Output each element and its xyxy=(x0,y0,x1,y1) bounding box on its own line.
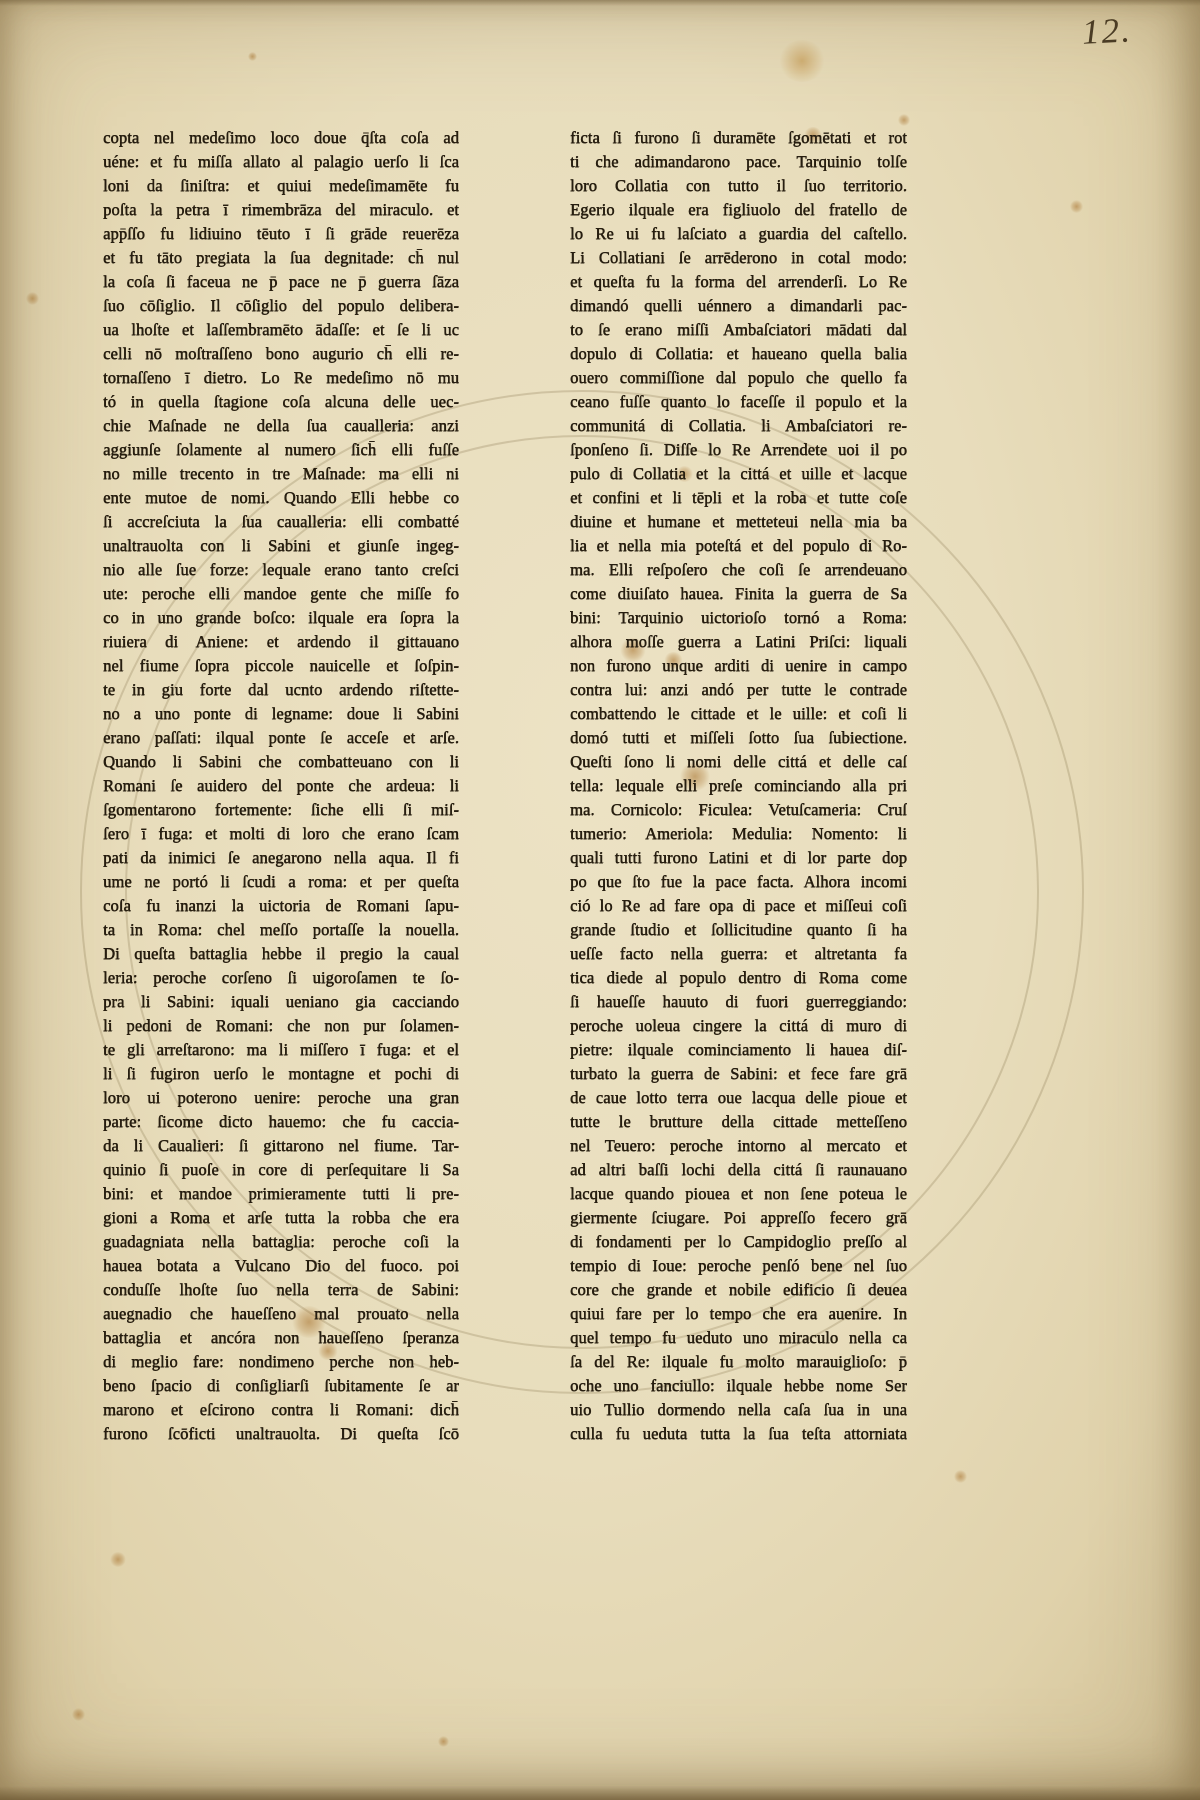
text-line: contra lui: anzi andó per tutte le contr… xyxy=(570,678,907,702)
text-line: domó tutti et miſſeli ſotto ſua ſubiecti… xyxy=(570,726,907,750)
text-line: auegnadio che haueſſeno mal prouato nell… xyxy=(103,1302,459,1326)
text-line: celli nō moſtraſſeno bono augurio ch̄ el… xyxy=(103,342,459,366)
foxing-spot xyxy=(248,52,257,61)
text-line: nel Teuero: peroche intorno al mercato e… xyxy=(570,1134,907,1158)
text-line: ceano fuſſe quanto lo faceſſe il populo … xyxy=(570,390,907,414)
text-line: ſponſeno ſi. Diſſe lo Re Arrendete uoi i… xyxy=(570,438,907,462)
text-line: ti che adimandarono pace. Tarquinio tolſ… xyxy=(570,150,907,174)
text-line: nio alle ſue forze: lequale erano tanto … xyxy=(103,558,459,582)
text-line: non furono unque arditi di uenire in cam… xyxy=(570,654,907,678)
text-line: loro Collatia con tutto il ſuo territori… xyxy=(570,174,907,198)
foxing-spot xyxy=(110,1552,126,1567)
text-line: ta in Roma: chel meſſo portaſſe la nouel… xyxy=(103,918,459,942)
text-line: ua lhoſte et laſſembramēto ādaſſe: et ſe… xyxy=(103,318,459,342)
text-line: parte: ſicome dicto hauemo: che fu cacci… xyxy=(103,1110,459,1134)
text-line: ſa del Re: ilquale fu molto marauiglioſo… xyxy=(570,1350,907,1374)
text-line: ma. Elli reſpoſero che coſi ſe arrendeua… xyxy=(570,558,907,582)
text-line: copta nel medeſimo loco doue q̄ſta coſa … xyxy=(103,126,459,150)
text-line: de caue lotto terra oue lacqua delle pio… xyxy=(570,1086,907,1110)
text-line: lia et nella mia poteſtá et del populo d… xyxy=(570,534,907,558)
text-line: da li Caualieri: ſi gittarono nel fiume.… xyxy=(103,1134,459,1158)
text-line: ció lo Re ad fare opa di pace et miſſeui… xyxy=(570,894,907,918)
text-line: app̄ſſo fu lidiuino tēuto ī ſi grāde reu… xyxy=(103,222,459,246)
text-line: hauea botata a Vulcano Dio del fuoco. po… xyxy=(103,1254,459,1278)
text-line: ume ne portó li ſcudi a roma: et per que… xyxy=(103,870,459,894)
text-line: come diuiſato hauea. Finita la guerra de… xyxy=(570,582,907,606)
text-line: furono ſcōficti unaltrauolta. Di queſta … xyxy=(103,1422,459,1446)
text-line: pati da inimici ſe anegarono nella aqua.… xyxy=(103,846,459,870)
text-line: peroche uoleua cingere la cittá di muro … xyxy=(570,1014,907,1038)
text-line: poſta la petra ī rimembrāza del miraculo… xyxy=(103,198,459,222)
text-line: co in uno grande boſco: ilquale era ſopr… xyxy=(103,606,459,630)
text-line: ad altri baſſi lochi della cittá ſi raun… xyxy=(570,1158,907,1182)
text-line: quinio ſi puoſe in core di perſequitare … xyxy=(103,1158,459,1182)
text-line: chie Maſnade ne della ſua caualleria: an… xyxy=(103,414,459,438)
text-line: turbato la guerra de Sabini: et fece far… xyxy=(570,1062,907,1086)
text-line: bini: et mandoe primieramente tutti li p… xyxy=(103,1182,459,1206)
text-line: Romani ſe auidero del ponte che ardeua: … xyxy=(103,774,459,798)
foxing-spot xyxy=(438,1736,449,1747)
text-line: tutte le brutture della cittade metteſſe… xyxy=(570,1110,907,1134)
text-line: lo Re ui fu laſciato a guardia del caſte… xyxy=(570,222,907,246)
text-line: grande ſtudio et ſollicitudine quanto ſi… xyxy=(570,918,907,942)
text-line: marono et eſcirono contra li Romani: dic… xyxy=(103,1398,459,1422)
text-line: aggiunſe ſolamente al numero ſich̄ elli … xyxy=(103,438,459,462)
page-edge-bottom xyxy=(0,1786,1200,1800)
text-line: coſa fu inanzi la uictoria de Romani ſap… xyxy=(103,894,459,918)
text-line: ute: peroche elli mandoe gente che miſſe… xyxy=(103,582,459,606)
text-line: quiui fare per lo tempo che era auenire.… xyxy=(570,1302,907,1326)
text-line: lacque quando piouea et non ſene poteua … xyxy=(570,1182,907,1206)
text-line: riuiera di Aniene: et ardendo il gittaua… xyxy=(103,630,459,654)
foxing-spot xyxy=(26,292,39,305)
page-edge-top xyxy=(0,0,1200,6)
text-line: li ſi fugiron uerſo le montagne et pochi… xyxy=(103,1062,459,1086)
text-line: pulo di Collatia et la cittá et uille et… xyxy=(570,462,907,486)
text-line: Queſti ſono li nomi delle cittá et delle… xyxy=(570,750,907,774)
text-line: erano paſſati: ilqual ponte ſe acceſe et… xyxy=(103,726,459,750)
foxing-spot xyxy=(954,1470,967,1483)
text-line: di meglio fare: nondimeno perche non heb… xyxy=(103,1350,459,1374)
text-line: no a uno ponte di legname: doue li Sabin… xyxy=(103,702,459,726)
column-left: copta nel medeſimo loco doue q̄ſta coſa … xyxy=(103,126,459,1446)
text-line: culla fu ueduta tutta la ſua teſta attor… xyxy=(570,1422,907,1446)
text-line: beno ſpacio di conſigliarſi ſubitamente … xyxy=(103,1374,459,1398)
text-line: et fu tāto pregiata la ſua degnitade: ch… xyxy=(103,246,459,270)
text-line: ſero ī fuga: et molti di loro che erano … xyxy=(103,822,459,846)
folio-number: 12. xyxy=(1081,7,1193,53)
text-line: quali tutti furono Latini et di lor part… xyxy=(570,846,907,870)
text-line: guadagniata nella battaglia: peroche coſ… xyxy=(103,1230,459,1254)
text-line: pietre: ilquale cominciamento li hauea d… xyxy=(570,1038,907,1062)
foxing-spot xyxy=(1070,200,1083,213)
text-line: Egerio ilquale era figliuolo del fratell… xyxy=(570,198,907,222)
text-line: tempio di Ioue: peroche penſó bene nel ſ… xyxy=(570,1254,907,1278)
text-line: ſgomentarono fortemente: ſiche elli ſi m… xyxy=(103,798,459,822)
text-line: ouero commiſſione dal populo che quello … xyxy=(570,366,907,390)
text-line: ſi haueſſe hauuto di fuori guerreggiando… xyxy=(570,990,907,1014)
text-line: tica diede al populo dentro di Roma come xyxy=(570,966,907,990)
text-line: dopulo di Collatia: et haueano quella ba… xyxy=(570,342,907,366)
text-line: ma. Cornicolo: Ficulea: Vetuſcameria: Cr… xyxy=(570,798,907,822)
text-line: tornaſſeno ī dietro. Lo Re medeſimo nō m… xyxy=(103,366,459,390)
text-line: di fondamenti per lo Campidoglio preſſo … xyxy=(570,1230,907,1254)
text-line: giermente ſciugare. Poi appreſſo fecero … xyxy=(570,1206,907,1230)
text-line: tó in quella ſtagione coſa alcuna delle … xyxy=(103,390,459,414)
text-line: ente mutoe de nomi. Quando Elli hebbe co xyxy=(103,486,459,510)
text-line: Li Collatiani ſe arrēderono in cotal mod… xyxy=(570,246,907,270)
text-line: po que ſto fue la pace facta. Alhora inc… xyxy=(570,870,907,894)
text-line: Quando li Sabini che combatteuano con li xyxy=(103,750,459,774)
text-line: combattendo le cittade et le uille: et c… xyxy=(570,702,907,726)
text-line: loni da ſiniſtra: et quiui medeſimamēte … xyxy=(103,174,459,198)
text-line: loro ui poterono uenire: peroche una gra… xyxy=(103,1086,459,1110)
text-line: et queſta fu la forma del arrenderſi. Lo… xyxy=(570,270,907,294)
text-line: to ſe erano miſſi Ambaſciatori mādati da… xyxy=(570,318,907,342)
text-line: nel fiume ſopra piccole nauicelle et ſoſ… xyxy=(103,654,459,678)
text-line: core che grande et nobile edificio ſi de… xyxy=(570,1278,907,1302)
text-line: la coſa ſi faceua ne p̄ pace ne p̄ guerr… xyxy=(103,270,459,294)
manuscript-page: 12. copta nel medeſimo loco doue q̄ſta c… xyxy=(0,0,1200,1800)
text-line: et confini et li tēpli et la roba et tut… xyxy=(570,486,907,510)
text-line: leria: peroche corſeno ſi uigoroſamen te… xyxy=(103,966,459,990)
text-line: tella: lequale elli preſe cominciando al… xyxy=(570,774,907,798)
text-line: uio Tullio dormendo nella caſa ſua in un… xyxy=(570,1398,907,1422)
text-line: bini: Tarquinio uictorioſo tornó a Roma: xyxy=(570,606,907,630)
text-line: pra li Sabini: iquali ueniano gia caccia… xyxy=(103,990,459,1014)
text-line: oche uno fanciullo: ilquale hebbe nome S… xyxy=(570,1374,907,1398)
text-line: ſuo cōſiglio. Il cōſiglio del populo del… xyxy=(103,294,459,318)
column-right: ficta ſi furono ſi duramēte ſgomētati et… xyxy=(570,126,907,1446)
foxing-spot xyxy=(898,114,910,126)
text-line: te gli arreſtarono: ma li miſſero ī fuga… xyxy=(103,1038,459,1062)
text-line: ſi accreſciuta la ſua caualleria: elli c… xyxy=(103,510,459,534)
text-line: te in giu forte dal ucnto ardendo riſtet… xyxy=(103,678,459,702)
text-line: ficta ſi furono ſi duramēte ſgomētati et… xyxy=(570,126,907,150)
text-line: tumerio: Ameriola: Medulia: Nomento: li xyxy=(570,822,907,846)
text-line: ueſſe facto nella guerra: et altretanta … xyxy=(570,942,907,966)
foxing-spot xyxy=(72,1708,85,1721)
text-line: alhora moſſe guerra a Latini Priſci: liq… xyxy=(570,630,907,654)
text-line: unaltrauolta con li Sabini et giunſe ing… xyxy=(103,534,459,558)
text-line: li pedoni de Romani: che non pur ſolamen… xyxy=(103,1014,459,1038)
text-line: conduſſe lhoſte ſuo nella terra de Sabin… xyxy=(103,1278,459,1302)
text-line: gioni a Roma et arſe tutta la robba che … xyxy=(103,1206,459,1230)
text-line: uéne: et fu miſſa allato al palagio uerſ… xyxy=(103,150,459,174)
foxing-spot xyxy=(778,40,826,82)
text-line: no mille trecento in tre Maſnade: ma ell… xyxy=(103,462,459,486)
text-line: dimandó quelli uénnero a dimandarli pac- xyxy=(570,294,907,318)
text-line: communitá di Collatia. li Ambaſciatori r… xyxy=(570,414,907,438)
text-line: quel tempo fu ueduto uno miraculo nella … xyxy=(570,1326,907,1350)
text-line: Di queſta battaglia hebbe il pregio la c… xyxy=(103,942,459,966)
text-line: battaglia et ancóra non haueſſeno ſperan… xyxy=(103,1326,459,1350)
text-line: diuine et humane et metteteui nella mia … xyxy=(570,510,907,534)
